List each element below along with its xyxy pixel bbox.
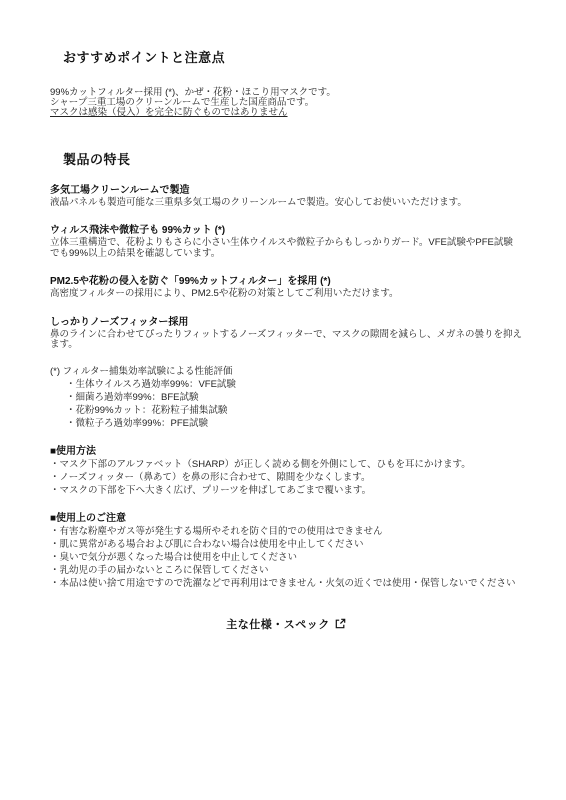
caution-item: ・臭いで気分が悪くなった場合は使用を中止してください [50,553,522,563]
feature-cleanroom: 多気工場クリーンルームで製造 液晶パネルも製造可能な三重県多気工場のクリーンルー… [50,185,522,209]
feature-virus-cut: ウィルス飛沫や微粒子も 99%カット (*) 立体三重構造で、花粉よりもさらに小… [50,225,522,259]
caution-item: ・肌に異常がある場合および肌に合わない場合は使用を中止してください [50,540,522,550]
usage-item: ・ノーズフィッター（鼻あて）を鼻の形に合わせて、隙間を少なくします。 [50,473,522,483]
usage-cautions: ■使用上のご注意 ・有害な粉塵やガス等が発生する場所やそれを防ぐ目的での使用はで… [50,513,522,589]
feature-title: しっかりノーズフィッター採用 [50,317,522,328]
footnote-item: ・細菌ろ過効率99%：BFE試験 [66,393,522,403]
usage-title: ■使用方法 [50,446,522,457]
feature-title: 多気工場クリーンルームで製造 [50,185,522,196]
feature-title: ウィルス飛沫や微粒子も 99%カット (*) [50,225,522,236]
feature-pm25-filter: PM2.5や花粉の侵入を防ぐ「99%カットフィルター」を採用 (*) 高密度フィ… [50,276,522,300]
section-heading-features: 製品の特長 [63,153,522,167]
spec-link[interactable]: 主な仕様・スペック [226,616,346,632]
caution-item: ・乳幼児の手の届かないところに保管してください [50,566,522,576]
filter-test-footnote: (*) フィルター捕集効率試験による性能評価 ・生体ウイルスろ過効率99%：VF… [50,367,522,429]
external-link-icon [335,618,346,629]
intro-paragraph: 99%カットフィルター採用 (*)、かぜ・花粉・ほこり用マスクです。 シャープ三… [50,88,522,118]
feature-body: 鼻のラインに合わせてぴったりフィットするノーズフィッターで、マスクの隙間を減らし… [50,330,522,351]
product-detail-page: おすすめポイントと注意点 99%カットフィルター採用 (*)、かぜ・花粉・ほこり… [0,0,566,800]
footnote-list: ・生体ウイルスろ過効率99%：VFE試験 ・細菌ろ過効率99%：BFE試験 ・花… [66,380,522,429]
caution-item: ・本品は使い捨て用途ですので洗濯などで再利用はできません・火気の近くでは使用・保… [50,579,522,589]
footnote-item: ・花粉99%カット：花粉粒子捕集試験 [66,406,522,416]
usage-item: ・マスク下部のアルファベット（SHARP）が正しく読める側を外側にして、ひもを耳… [50,460,522,470]
spec-link-row: 主な仕様・スペック [50,615,522,633]
caution-item: ・有害な粉塵やガス等が発生する場所やそれを防ぐ目的での使用はできません [50,527,522,537]
cautions-title: ■使用上のご注意 [50,513,522,524]
footnote-label: (*) フィルター捕集効率試験による性能評価 [50,367,522,377]
feature-body: 立体三重構造で、花粉よりもさらに小さい生体ウイルスや微粒子からもしっかりガード。… [50,238,522,259]
feature-body: 液晶パネルも製造可能な三重県多気工場のクリーンルームで製造。安心してお使いいただ… [50,198,522,209]
spec-link-label: 主な仕様・スペック [226,616,330,632]
usage-item: ・マスクの下部を下へ大きく広げ、プリーツを伸ばしてあごまで覆います。 [50,486,522,496]
feature-nose-fitter: しっかりノーズフィッター採用 鼻のラインに合わせてぴったりフィットするノーズフィ… [50,317,522,351]
feature-body: 高密度フィルターの採用により、PM2.5や花粉の対策としてご利用いただけます。 [50,289,522,300]
footnote-item: ・生体ウイルスろ過効率99%：VFE試験 [66,380,522,390]
footnote-item: ・微粒子ろ過効率99%：PFE試験 [66,419,522,429]
mask-warning-note: マスクは感染（侵入）を完全に防ぐものではありません [50,108,522,118]
usage-instructions: ■使用方法 ・マスク下部のアルファベット（SHARP）が正しく読める側を外側にし… [50,446,522,496]
section-heading-points: おすすめポイントと注意点 [63,51,522,65]
feature-title: PM2.5や花粉の侵入を防ぐ「99%カットフィルター」を採用 (*) [50,276,522,287]
